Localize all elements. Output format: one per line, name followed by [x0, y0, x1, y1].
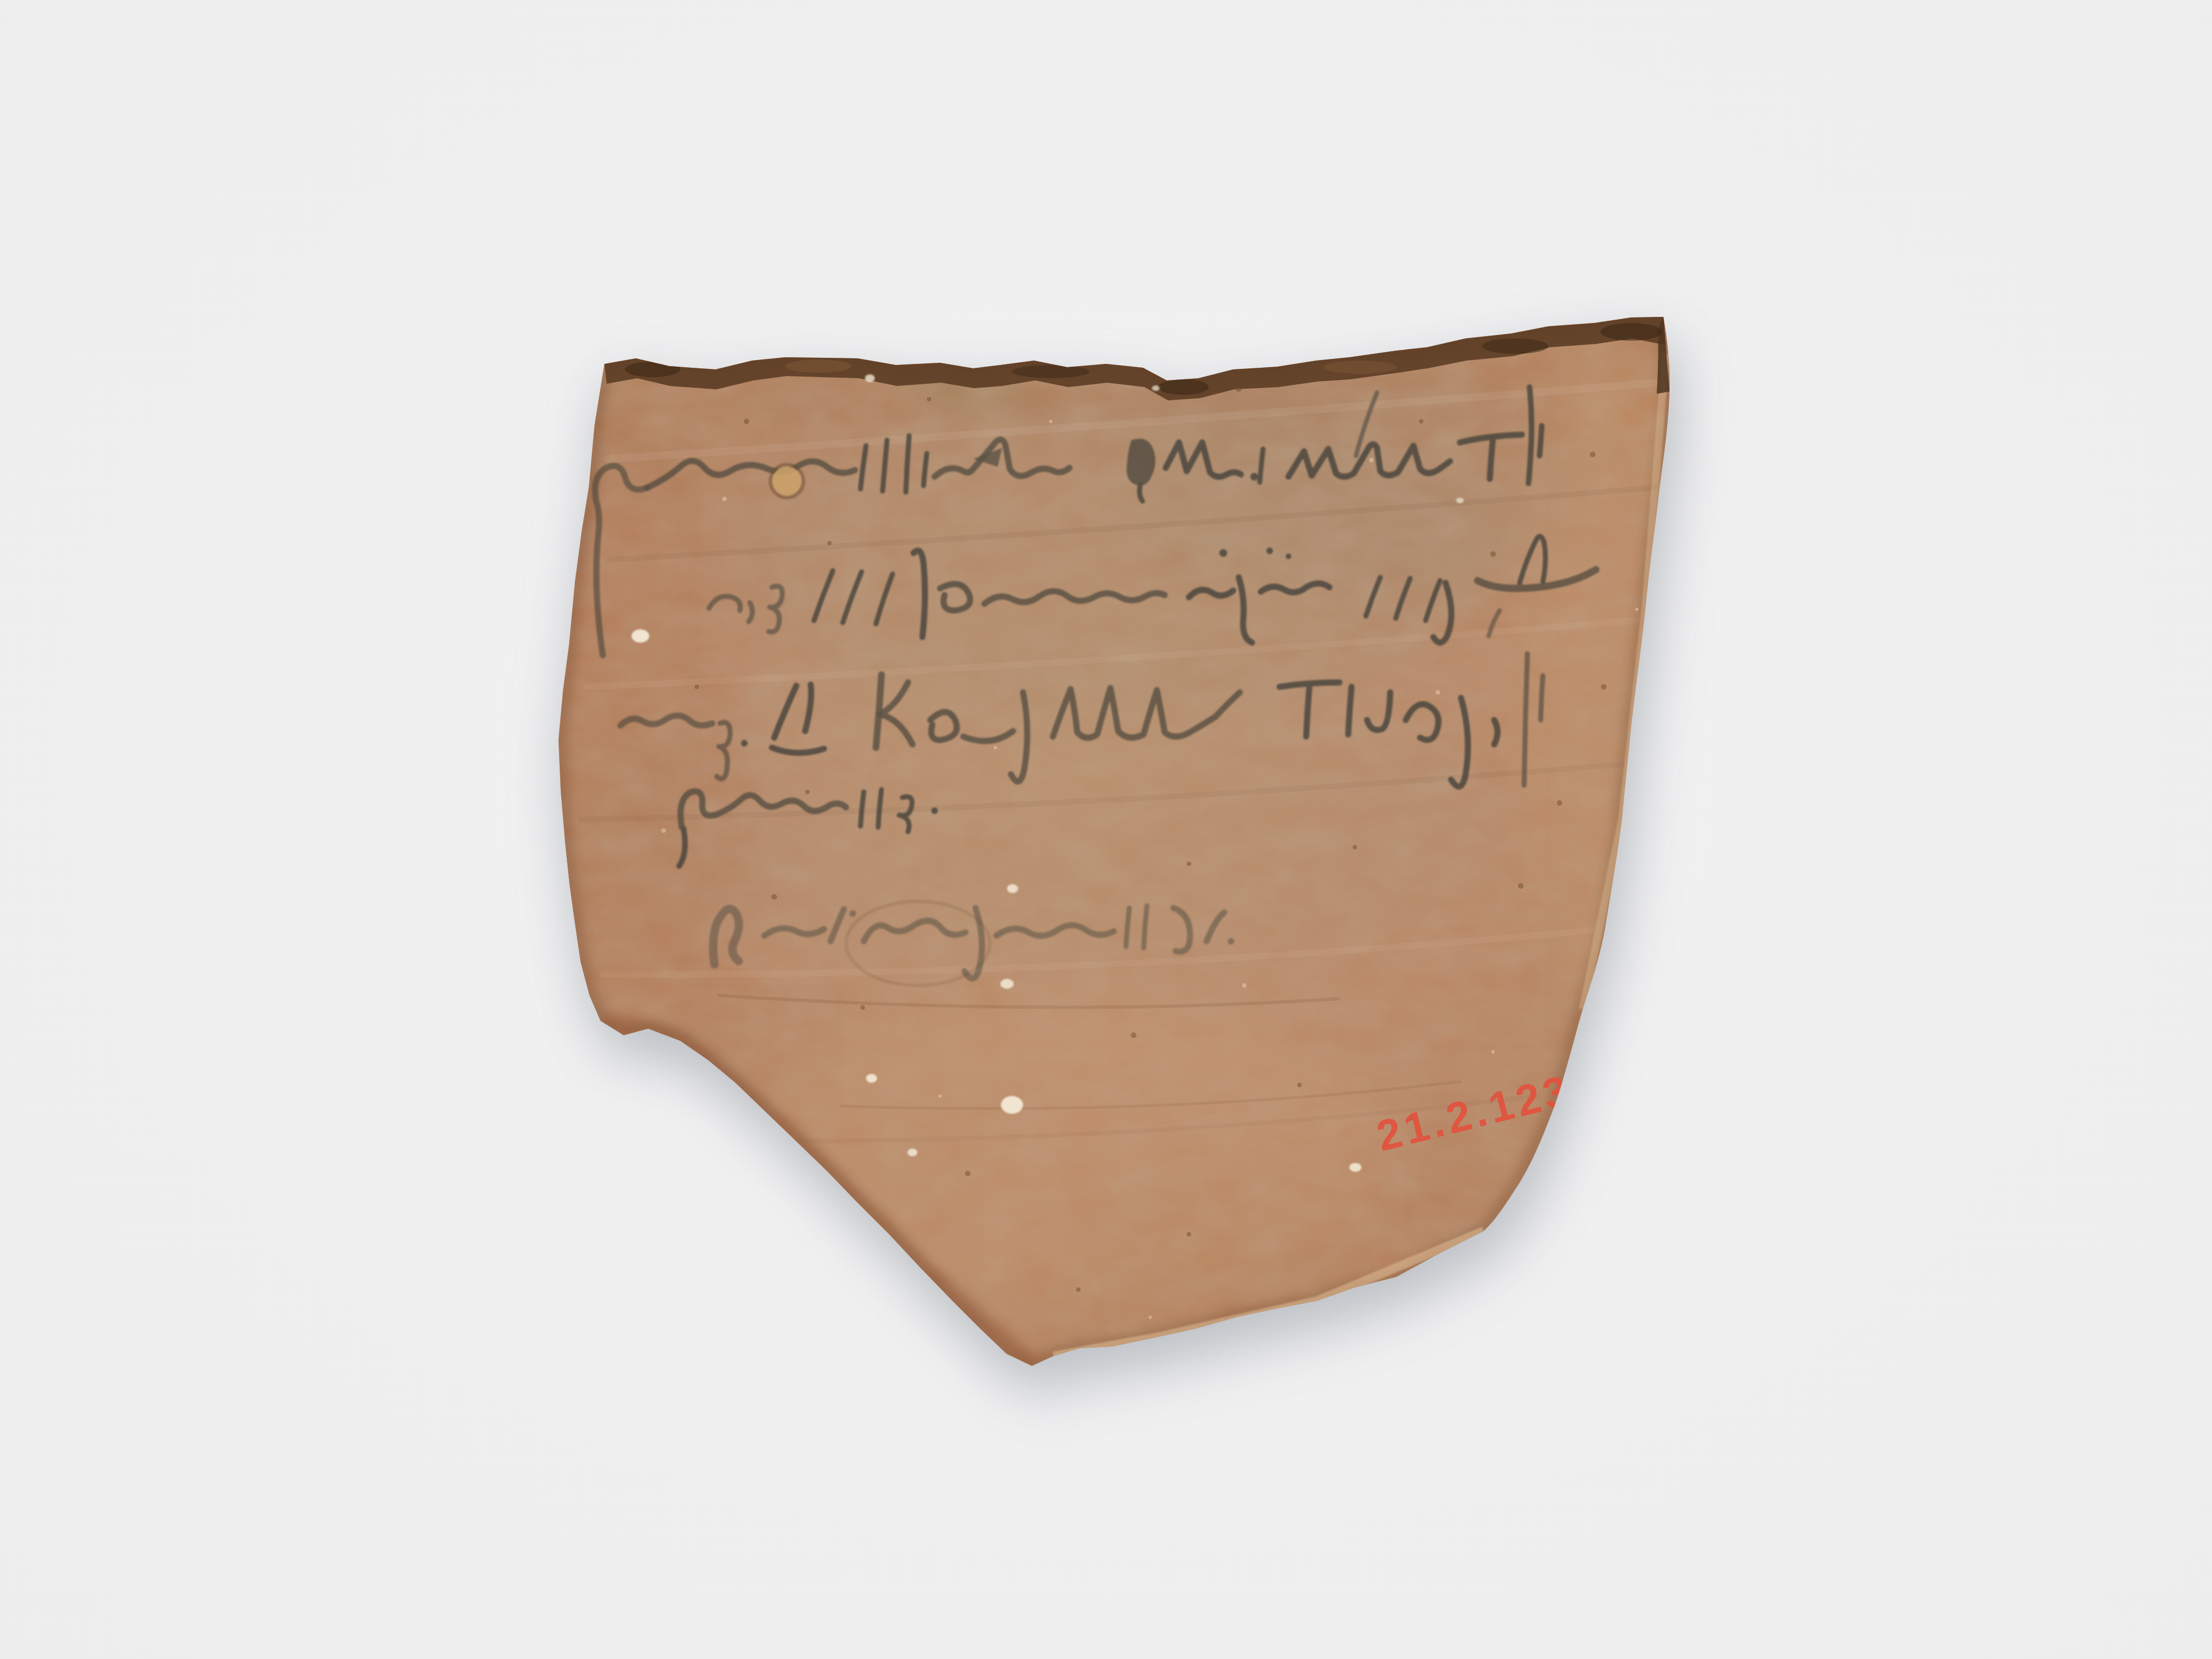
ostracon-photo: 21.2.123	[0, 0, 2212, 1659]
photo-stage: 21.2.123	[0, 0, 2212, 1659]
clay-knot	[770, 465, 804, 498]
